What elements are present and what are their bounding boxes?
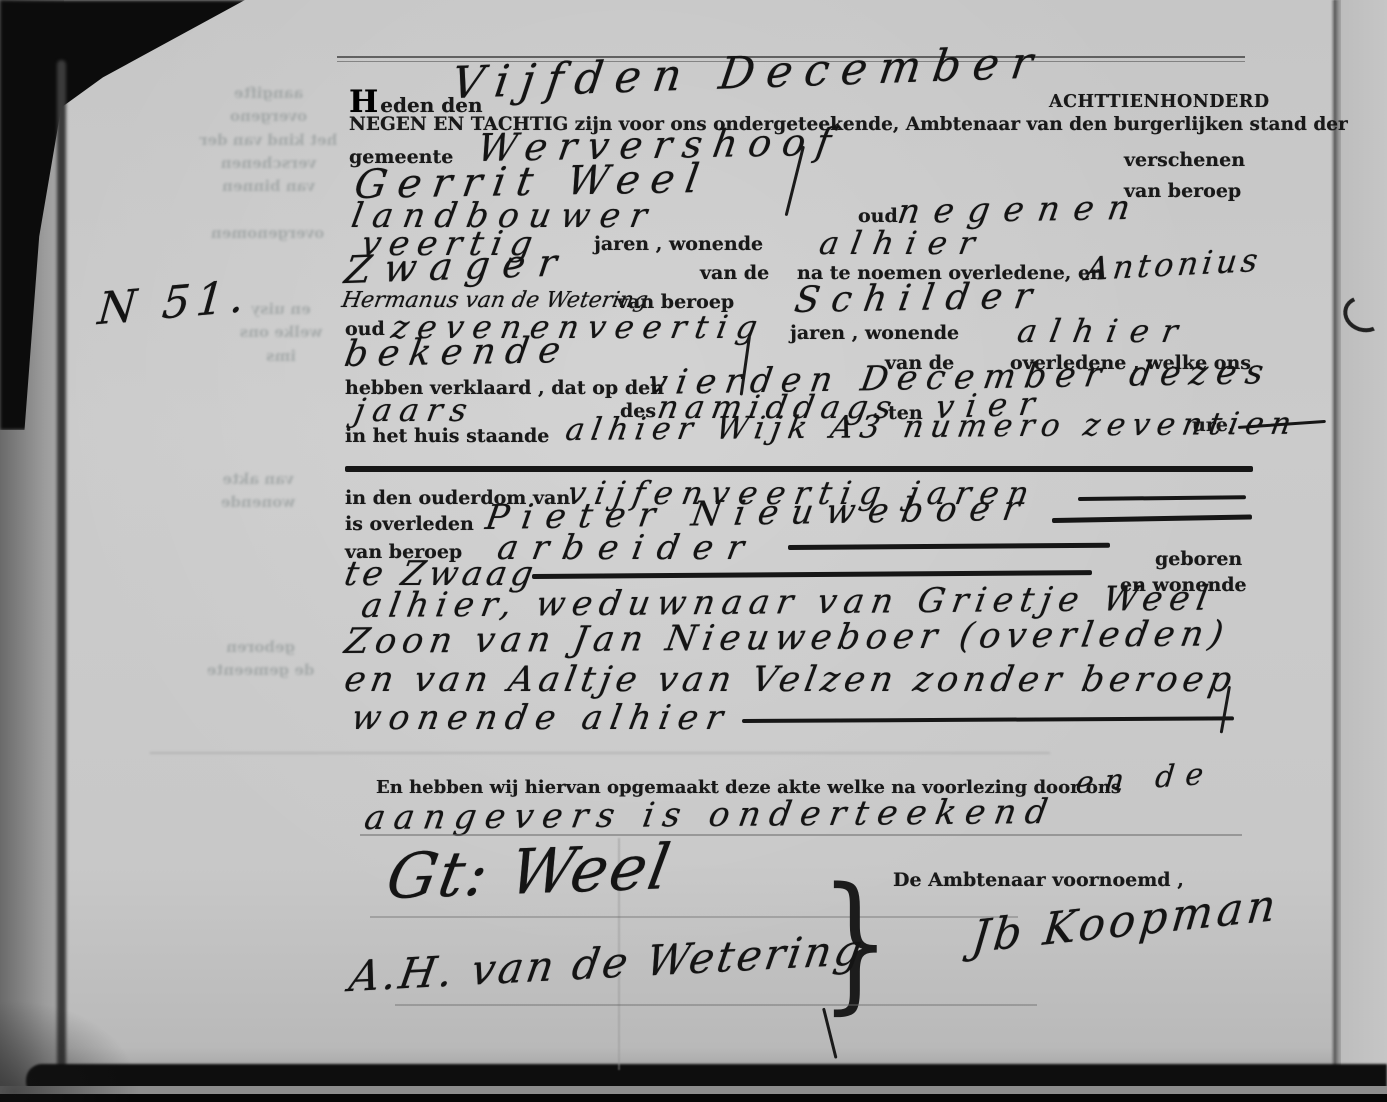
- signature-declarant1: Gt: Weel: [382, 830, 678, 913]
- bleedthrough-text-block: aangifte overgenohet kind van der versch…: [196, 82, 341, 198]
- printed-van-de-1: van de: [700, 262, 769, 284]
- page-fold-line-right: [1331, 0, 1340, 1090]
- printed-achttienhonderd: ACHTTIENHONDERD: [1049, 92, 1270, 112]
- bleedthrough-text-block: geborende gemeente: [198, 636, 323, 683]
- hw-declarant2-residence: alhier: [1015, 312, 1194, 350]
- hw-declarant2-relation: bekende: [342, 330, 573, 375]
- paper-crease-horizontal: [150, 752, 1050, 754]
- ruled-guide-line: [370, 916, 1018, 918]
- bleedthrough-text-block: van aktewonende: [198, 468, 318, 515]
- printed-is-overleden: is overleden: [345, 513, 474, 535]
- hw-declarant1-relation: Zwager: [342, 240, 573, 292]
- hw-declarant1-residence: alhier: [817, 224, 990, 262]
- hw-aangevers: aangevers is onderteekend: [362, 792, 1060, 838]
- scanned-death-record-photo: aangifte overgenohet kind van der versch…: [0, 0, 1387, 1102]
- ruled-guide-line: [395, 1004, 1037, 1006]
- printed-in-het-huis: in het huis staande: [345, 425, 549, 447]
- hw-declarant2-occupation: Schilder: [792, 276, 1047, 321]
- adjacent-page-edge: [1341, 0, 1387, 1102]
- section-rule: [345, 466, 1253, 472]
- printed-verschenen: verschenen: [1124, 149, 1245, 171]
- hw-deceased-details-3: en van Aaltje van Velzen zonder beroep: [341, 660, 1239, 700]
- hw-jaars: jaars: [352, 391, 478, 429]
- printed-jaren-wonende-1: jaren , wonende: [594, 233, 763, 255]
- hw-house-location: alhier Wijk A3 numero zeventien: [563, 406, 1301, 448]
- printed-ambtenaar-voornoemd: De Ambtenaar voornoemd ,: [893, 869, 1184, 891]
- bleedthrough-text-block: overgenomen: [205, 222, 330, 245]
- photo-bottom-edge: [0, 1094, 1387, 1102]
- hw-deceased-details-4: wonende alhier: [348, 698, 734, 738]
- printed-jaren-wonende-2: jaren , wonende: [790, 322, 959, 344]
- hw-deceased-details-2: Zoon van Jan Nieuweboer (overleden): [342, 614, 1233, 662]
- printed-geboren: geboren: [1155, 548, 1242, 570]
- corner-shadow: [0, 1000, 140, 1102]
- binding-fold-line: [57, 60, 66, 1080]
